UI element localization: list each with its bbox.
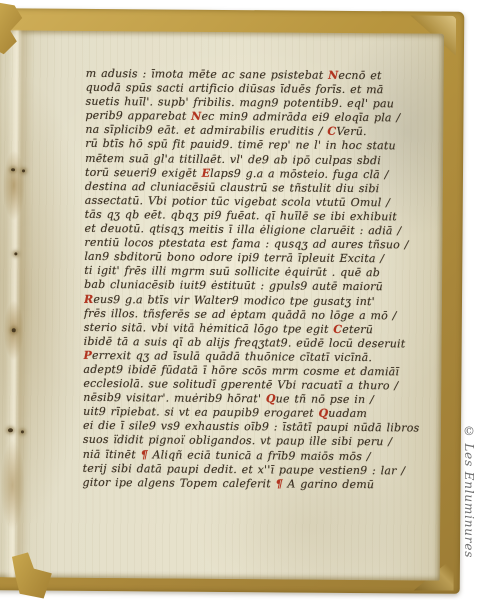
photo-background: m adusis : īmota mēte ac sane psistebat … <box>0 0 477 600</box>
ink-text: Aliqñ eciā tunicā a frīb9 maiōs mōs / <box>148 448 371 463</box>
rubricated-letter: E <box>202 166 211 179</box>
ink-text: adept9 ibidē fūdatā ī hōre scōs mrm cosm… <box>83 363 399 378</box>
manuscript-leaf: m adusis : īmota mēte ac sane psistebat … <box>0 8 464 594</box>
ink-text: gitor ipe algens Topem caleferit <box>83 476 276 491</box>
ink-text: torū seueri9 exigēt <box>85 166 202 180</box>
ink-text: errexit qʒ ad īsulā quādā thuōnice cītat… <box>92 349 372 364</box>
ink-text: terij sibi datā paupi dedit. et x''ī pau… <box>83 461 406 477</box>
ink-text: A garino demū <box>283 477 374 491</box>
ink-text: tās qʒ qb eēt. qbqʒ pi9 fuēat. qī huīlē … <box>85 208 397 223</box>
ink-text: ibidē tā a suis qī ab alijs freqʒtat9. e… <box>84 335 406 351</box>
ink-text: bab cluniacēsib iuit9 ėstituūt : gpuls9 … <box>84 278 383 293</box>
ink-text: m adusis : īmota mēte ac sane psistebat <box>86 67 328 82</box>
rubricated-letter: Q <box>318 407 328 420</box>
ink-text: rū btīs hō spū fit pauid9. timē rep' ne … <box>85 137 396 152</box>
rubricated-letter: N <box>191 110 201 123</box>
manuscript-text-block: m adusis : īmota mēte ac sane psistebat … <box>83 67 442 493</box>
rubricated-letter: C <box>333 323 342 336</box>
parchment-surface: m adusis : īmota mēte ac sane psistebat … <box>0 30 444 580</box>
sewing-hole <box>22 169 25 172</box>
ink-text: suos ïdidit pignoï obligandos. vt paup i… <box>83 433 392 448</box>
ink-text: quodā spūs sacti artificio diūsas īduēs … <box>86 81 384 96</box>
sewing-hole <box>14 252 17 255</box>
sewing-hole <box>11 168 15 171</box>
ink-text: ue tñ nō pse in / <box>276 393 374 407</box>
ink-text: ei die ī sile9 vs9 exhaustis oīb9 : īstā… <box>83 419 419 435</box>
ink-text: ti igit' frēs illi mgrm suū sollicite ėq… <box>84 264 380 279</box>
ink-text: assectatū. Vbi potior tūc vigebat scola … <box>85 194 390 209</box>
rubricated-letter: C <box>327 125 336 138</box>
ink-text: frēs illos. tñsferēs se ad ėptam quādā n… <box>84 306 397 321</box>
ink-text: uadam <box>328 407 367 420</box>
ink-text: laps9 g.a a mōsteio. fuga clā / <box>210 167 388 181</box>
ink-text: destina ad cluniacēsiū claustrū se tñstu… <box>85 180 380 195</box>
ink-text: niā ītinēt <box>83 447 141 460</box>
ink-text: rentiū locos ptestata est fama : qusqʒ a… <box>84 236 408 252</box>
ink-text: suetis huīl'. supb' fribilis. magn9 pote… <box>86 95 395 110</box>
ink-text: nēsib9 visitar'. muėrib9 hōrat' <box>83 391 266 405</box>
ink-text: lan9 sbditorū bono odore ipi9 terrā īple… <box>84 250 384 265</box>
ink-text: perib9 apparebat <box>85 109 191 123</box>
ink-text: sterio sitā. vbi vitā hėmiticā lōgo tpe … <box>84 321 334 336</box>
manuscript-line: gitor ipe algens Topem caleferit ¶ A gar… <box>83 476 439 493</box>
ink-text: uit9 rīpiebat. si vt ea paupib9 erogaret <box>83 405 318 420</box>
sewing-hole <box>8 428 13 432</box>
ink-text: eterū <box>342 323 373 336</box>
sewing-hole <box>21 430 24 433</box>
ink-text: et deuotū. qtisqʒ meitis ī illa ėligione… <box>85 222 402 237</box>
copyright-watermark: © Les Enluminures <box>462 424 476 596</box>
ink-text: ecclesiolā. sue solitudī gperentē Vbi ra… <box>83 377 398 392</box>
ink-text: mētem suā gl'a titillaēt. vl' de9 ab ipō… <box>85 151 381 166</box>
rubricated-letter: N <box>328 69 338 82</box>
ink-text: eus9 g.a btīs vir Walter9 modico tpe gus… <box>93 292 375 307</box>
ink-text: Verū. <box>336 125 366 138</box>
ink-text: ec min9 admirāda ei9 eloqīa pla / <box>201 110 400 125</box>
ink-text: ecnō et <box>338 69 381 82</box>
sewing-hole <box>12 328 16 332</box>
ink-text: na sīplicib9 eāt. et admirabilis eruditi… <box>85 123 327 138</box>
